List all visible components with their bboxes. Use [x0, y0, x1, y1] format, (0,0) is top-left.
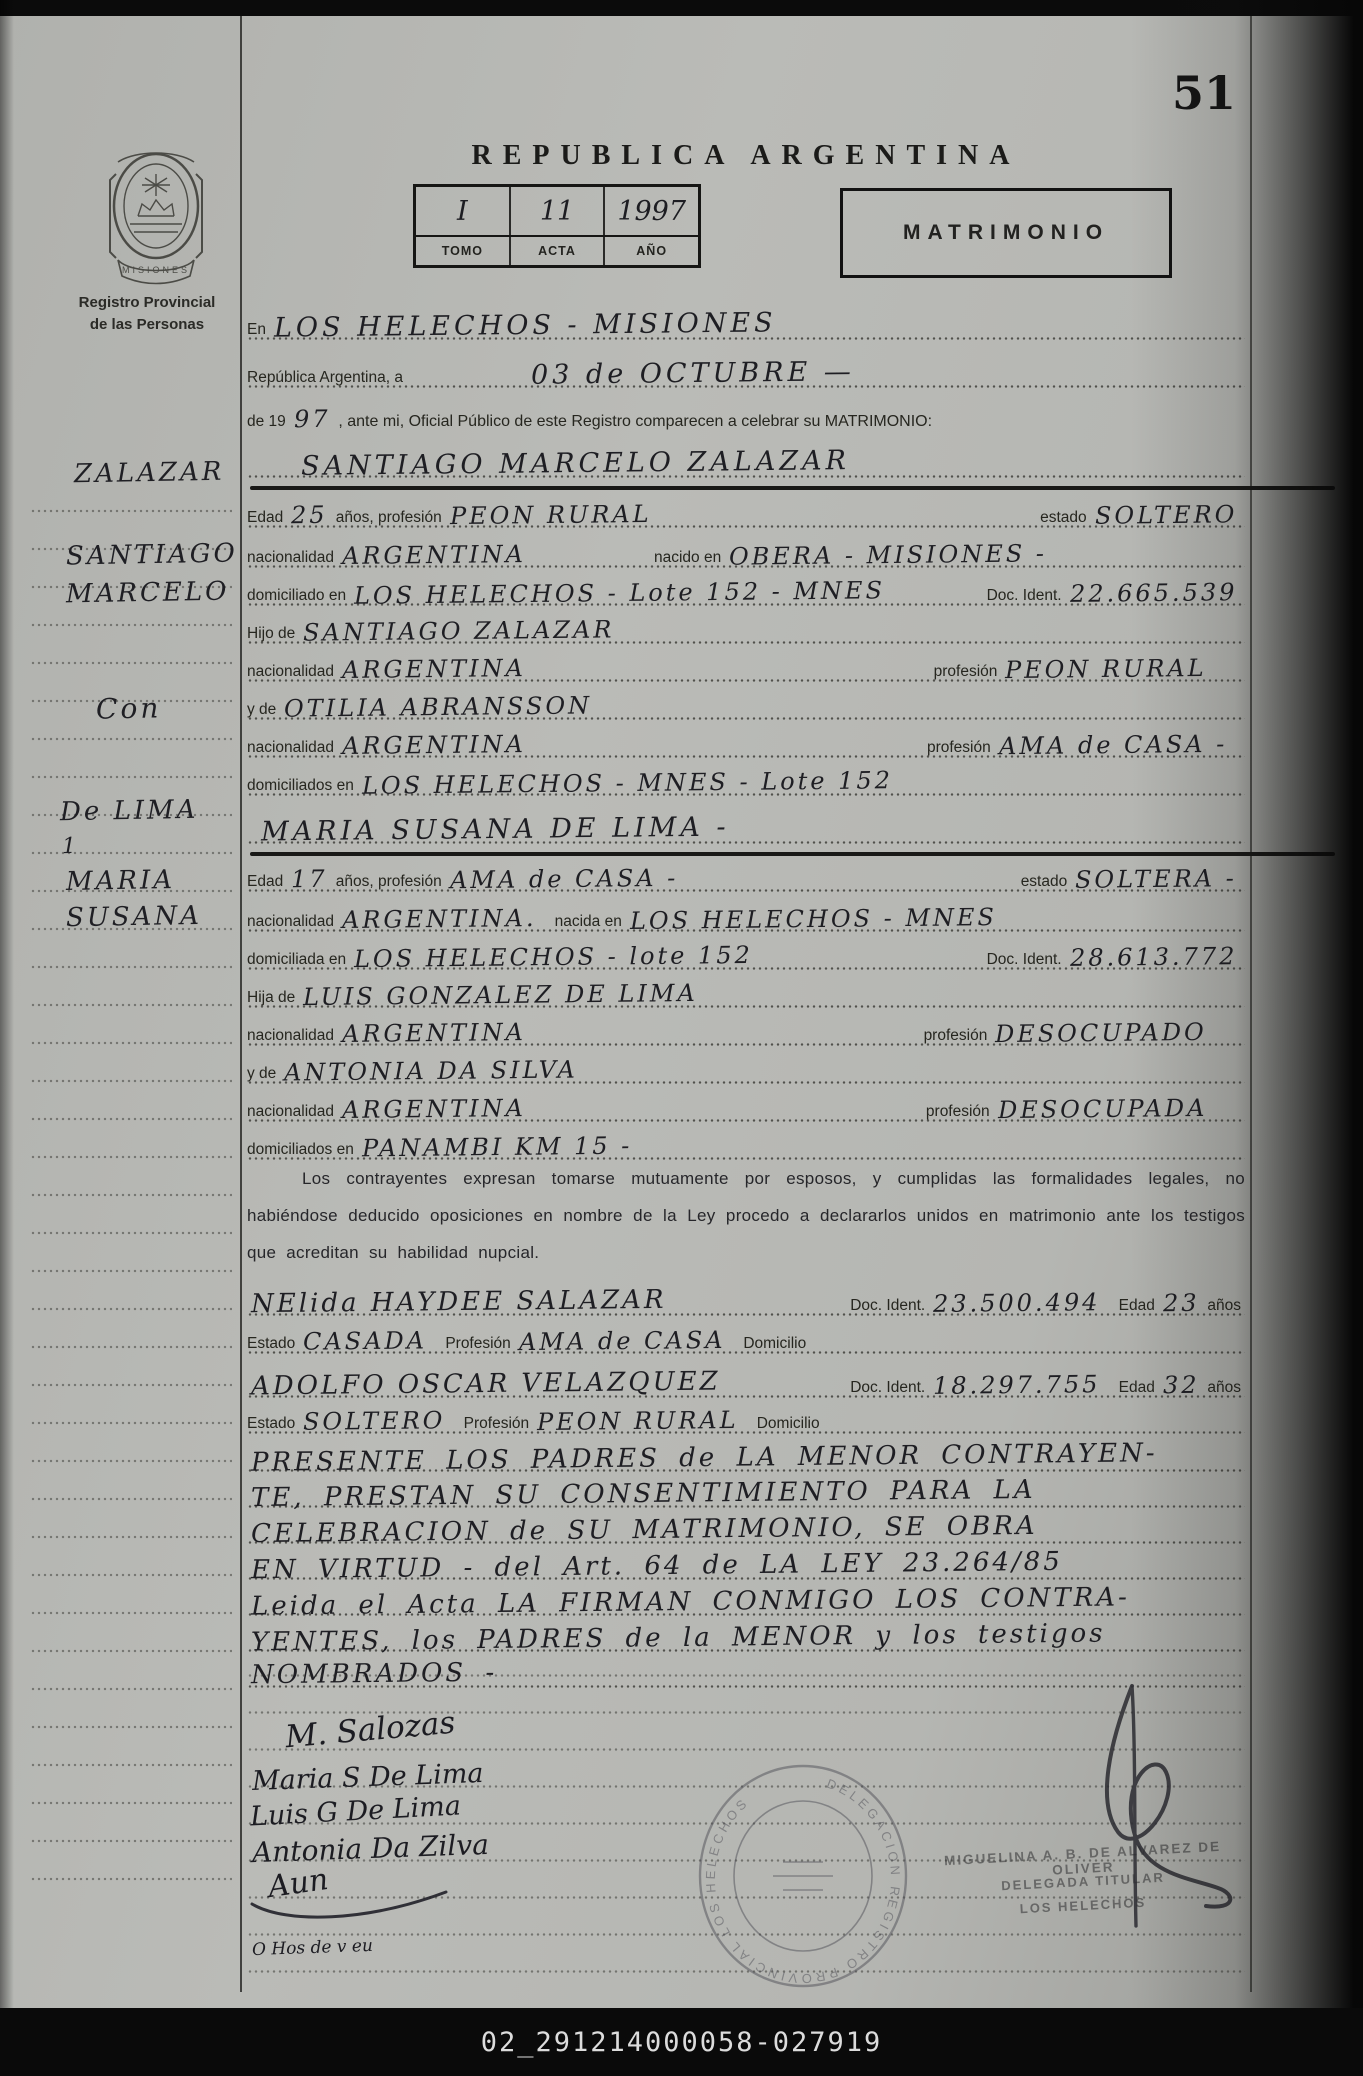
nacionalidad-label: nacionalidad [247, 1103, 338, 1123]
ante-mi-text: , ante mi, Oficial Público de este Regis… [338, 413, 936, 433]
groom-domicilio: LOS HELECHOS - Lote 152 - MNES [350, 576, 893, 610]
scan-edge-right [1130, 0, 1363, 2076]
misiones-seal-icon: MISIONES [104, 140, 208, 290]
bride-profesion: AMA de CASA - [446, 864, 687, 895]
domiciliada-label: domiciliada en [247, 951, 350, 971]
witness2-doc: 18.297.755 [929, 1370, 1109, 1400]
witness2-profesion: PEON RURAL [533, 1406, 747, 1436]
groom-nacionalidad-row: nacionalidad ARGENTINA nacido en OBERA -… [247, 532, 1245, 572]
witness1-doc: 23.500.494 [929, 1288, 1109, 1318]
witness1-name-row: NElida HAYDEE SALAZAR Doc. Ident. 23.500… [247, 1276, 1245, 1320]
groom-padres-domicilio: LOS HELECHOS - MNES - Lote 152 [358, 766, 901, 800]
groom-padre-nac-row: nacionalidad ARGENTINA profesión PEON RU… [247, 646, 1245, 686]
de19-label: de 19 [247, 413, 290, 433]
ano-label: AÑO [605, 237, 698, 265]
year-value: 97 [290, 405, 339, 434]
consent-line: PRESENTE LOS PADRES de LA MENOR CONTRAYE… [247, 1440, 1245, 1476]
nacionalidad-label: nacionalidad [247, 663, 338, 683]
tomo-value: I [416, 187, 511, 235]
nacionalidad-label: nacionalidad [247, 1027, 338, 1047]
consent-line: TE, PRESTAN SU CONSENTIMIENTO PARA LA [247, 1476, 1245, 1512]
groom-padre-nacionalidad: ARGENTINA [338, 654, 534, 684]
record-type-label: MATRIMONIO [903, 221, 1109, 245]
bride-padre: LUIS GONZALEZ DE LIMA [299, 979, 706, 1011]
groom-domicilio-row: domiciliado en LOS HELECHOS - Lote 152 -… [247, 570, 1245, 610]
profesion-label: Profesión [445, 1335, 514, 1355]
bride-padre-nac-row: nacionalidad ARGENTINA profesión DESOCUP… [247, 1010, 1245, 1050]
nacido-en-label: nacido en [654, 549, 725, 569]
groom-madre-nac-row: nacionalidad ARGENTINA profesión AMA de … [247, 722, 1245, 762]
groom-name-row: SANTIAGO MARCELO ZALAZAR [247, 436, 1245, 482]
anos-profesion-label: años, profesión [336, 873, 446, 893]
hija-de-label: Hija de [247, 989, 299, 1009]
doc-ident-label: Doc. Ident. [987, 951, 1066, 971]
bride-madre-nacionalidad: ARGENTINA [338, 1094, 534, 1124]
bride-madre-row: y de ANTONIA DA SILVA [247, 1048, 1245, 1088]
doc-ident-label: Doc. Ident. [987, 587, 1066, 607]
profesion-label: profesión [924, 1027, 992, 1047]
margin-entry: ZALAZAR [74, 457, 225, 490]
bride-madre: ANTONIA DA SILVA [280, 1055, 586, 1086]
groom-nacido-en: OBERA - MISIONES - [725, 539, 1055, 570]
date-row: República Argentina, a 03 de OCTUBRE — [247, 348, 1245, 392]
groom-padre: SANTIAGO ZALAZAR [299, 615, 623, 646]
scanned-page: 51 REPUBLICA ARGENTINA I 11 1997 TOMO AC… [0, 0, 1363, 2076]
doc-ident-label: Doc. Ident. [850, 1379, 929, 1399]
bride-padre-nacionalidad: ARGENTINA [338, 1018, 534, 1048]
bride-nacionalidad-row: nacionalidad ARGENTINA. nacida en LOS HE… [247, 896, 1245, 936]
bride-nacionalidad: ARGENTINA. [338, 904, 545, 934]
tomo-label: TOMO [416, 237, 511, 265]
margin-entry: SANTIAGO [66, 539, 238, 572]
svg-text:DELEGACION REGISTRO PROVINCIAL: DELEGACION REGISTRO PROVINCIAL LOS HELEC… [703, 1776, 903, 1986]
margin-entry: De LIMA [60, 795, 199, 827]
signature-underline-flourish [246, 1884, 456, 1928]
groom-padre-row: Hijo de SANTIAGO ZALAZAR [247, 608, 1245, 648]
groom-profesion: PEON RURAL [446, 500, 660, 530]
bride-padres-domicilio: PANAMBI KM 15 - [358, 1132, 641, 1163]
witness2-name-row: ADOLFO OSCAR VELAZQUEZ Doc. Ident. 18.29… [247, 1358, 1245, 1402]
witness2-name: ADOLFO OSCAR VELAZQUEZ [247, 1366, 729, 1401]
consent-text: TE, PRESTAN SU CONSENTIMIENTO PARA LA [247, 1475, 1044, 1513]
groom-nacionalidad: ARGENTINA [338, 540, 534, 570]
groom-madre-nacionalidad: ARGENTINA [338, 730, 534, 760]
bride-edad-row: Edad 17 años, profesión AMA de CASA - es… [247, 856, 1245, 896]
margin-entry: SUSANA [66, 901, 202, 933]
witness1-name: NElida HAYDEE SALAZAR [247, 1285, 675, 1319]
bride-name-row: MARIA SUSANA DE LIMA - [247, 804, 1245, 848]
groom-padres-domicilio-row: domiciliados en LOS HELECHOS - MNES - Lo… [247, 760, 1245, 800]
seal-caption: MISIONES [122, 265, 190, 275]
witness2-estado-row: Estado SOLTERO Profesión PEON RURAL Domi… [247, 1398, 1245, 1438]
anos-profesion-label: años, profesión [336, 509, 446, 529]
consent-line: Leida el Acta LA FIRMAN CONMIGO LOS CONT… [247, 1584, 1245, 1620]
witness1-profesion: AMA de CASA [515, 1326, 734, 1356]
nacionalidad-label: nacionalidad [247, 739, 338, 759]
nacionalidad-label: nacionalidad [247, 549, 338, 569]
registry-name-line1: Registro Provincial [42, 294, 252, 311]
ano-value: 1997 [605, 187, 698, 235]
estado-label: estado [1040, 509, 1091, 529]
edad-label: Edad [247, 509, 287, 529]
groom-madre: OTILIA ABRANSSON [280, 691, 600, 722]
groom-edad: 25 [287, 501, 336, 530]
bride-domicilio-row: domiciliada en LOS HELECHOS - lote 152 D… [247, 934, 1245, 974]
scan-footer-code: 02_291214000058-027919 [481, 2027, 883, 2058]
hijo-de-label: Hijo de [247, 625, 299, 645]
margin-entry: Con [96, 691, 162, 725]
margin-entry: MARCELO [66, 577, 230, 610]
witness1-estado: CASADA [299, 1326, 435, 1355]
bride-padres-domicilio-row: domiciliados en PANAMBI KM 15 - [247, 1124, 1245, 1164]
consent-text: YENTES, los PADRES de la MENOR y los tes… [247, 1618, 1114, 1657]
consent-line: YENTES, los PADRES de la MENOR y los tes… [247, 1620, 1245, 1656]
acta-value: 11 [511, 187, 606, 235]
consent-text: PRESENTE LOS PADRES de LA MENOR CONTRAYE… [247, 1438, 1166, 1478]
nacionalidad-label: nacionalidad [247, 913, 338, 933]
bride-nacida-en: LOS HELECHOS - MNES [626, 903, 1005, 935]
place-value: LOS HELECHOS - MISIONES [270, 307, 785, 343]
scan-footer-bar: 02_291214000058-027919 [0, 2008, 1363, 2076]
edad-label: Edad [247, 873, 287, 893]
domiciliados-label: domiciliados en [247, 777, 358, 797]
bride-madre-nac-row: nacionalidad ARGENTINA profesión DESOCUP… [247, 1086, 1245, 1126]
margin-entry: MARIA [66, 865, 176, 897]
registry-round-stamp: DELEGACION REGISTRO PROVINCIAL LOS HELEC… [688, 1758, 918, 1992]
nacida-en-label: nacida en [555, 913, 626, 933]
y-de-label: y de [247, 1065, 280, 1085]
consent-text: CELEBRACION de SU MATRIMONIO, SE OBRA [247, 1511, 1046, 1549]
bride-edad: 17 [287, 865, 336, 894]
witness2-estado: SOLTERO [299, 1406, 454, 1436]
profesion-label: profesión [927, 739, 995, 759]
bride-name: MARIA SUSANA DE LIMA - [257, 811, 738, 847]
profesion-label: profesión [934, 663, 1002, 683]
margin-entry: 1 [62, 834, 79, 859]
margin-rule-left [240, 16, 242, 1992]
year-row: de 19 97 , ante mi, Oficial Público de e… [247, 392, 1245, 436]
consent-line: CELEBRACION de SU MATRIMONIO, SE OBRA [247, 1512, 1245, 1548]
en-label: En [247, 321, 270, 341]
round-stamp-ring-text: DELEGACION REGISTRO PROVINCIAL LOS HELEC… [703, 1776, 903, 1986]
domiciliado-label: domiciliado en [247, 587, 350, 607]
estado-label: estado [1021, 873, 1072, 893]
witness1-estado-row: Estado CASADA Profesión AMA de CASA Domi… [247, 1318, 1245, 1358]
bride-domicilio: LOS HELECHOS - lote 152 [350, 941, 761, 973]
domicilio-label: Domicilio [757, 1415, 824, 1435]
y-de-label: y de [247, 701, 280, 721]
groom-edad-row: Edad 25 años, profesión PEON RURAL estad… [247, 492, 1245, 532]
date-value: 03 de OCTUBRE — [527, 356, 863, 391]
domiciliados-label: domiciliados en [247, 1141, 358, 1161]
record-type-box: MATRIMONIO [840, 188, 1172, 278]
doc-ident-label: Doc. Ident. [850, 1297, 929, 1317]
place-row: En LOS HELECHOS - MISIONES [247, 300, 1245, 344]
marginal-note: O Hos de v eu [252, 1936, 374, 1960]
consent-text: Leida el Acta LA FIRMAN CONMIGO LOS CONT… [247, 1582, 1138, 1621]
profesion-label: Profesión [464, 1415, 533, 1435]
bride-padre-row: Hija de LUIS GONZALEZ DE LIMA [247, 972, 1245, 1012]
groom-name: SANTIAGO MARCELO ZALAZAR [297, 445, 858, 482]
consent-text: EN VIRTUD - del Art. 64 de LA LEY 23.264… [247, 1547, 1071, 1586]
scan-edge-left [0, 0, 14, 2076]
groom-madre-row: y de OTILIA ABRANSSON [247, 684, 1245, 724]
profesion-label: profesión [926, 1103, 994, 1123]
page-title: REPUBLICA ARGENTINA [247, 140, 1245, 172]
domicilio-label: Domicilio [743, 1335, 810, 1355]
declaration-paragraph: Los contrayentes expresan tomarse mutuam… [247, 1160, 1245, 1271]
acta-reference-box: I 11 1997 TOMO ACTA AÑO [413, 184, 701, 268]
registry-name-line2: de las Personas [42, 316, 252, 333]
consent-line: EN VIRTUD - del Art. 64 de LA LEY 23.264… [247, 1548, 1245, 1584]
acta-label: ACTA [511, 237, 606, 265]
estado-label: Estado [247, 1415, 299, 1435]
estado-label: Estado [247, 1335, 299, 1355]
republica-label: República Argentina, a [247, 369, 407, 389]
